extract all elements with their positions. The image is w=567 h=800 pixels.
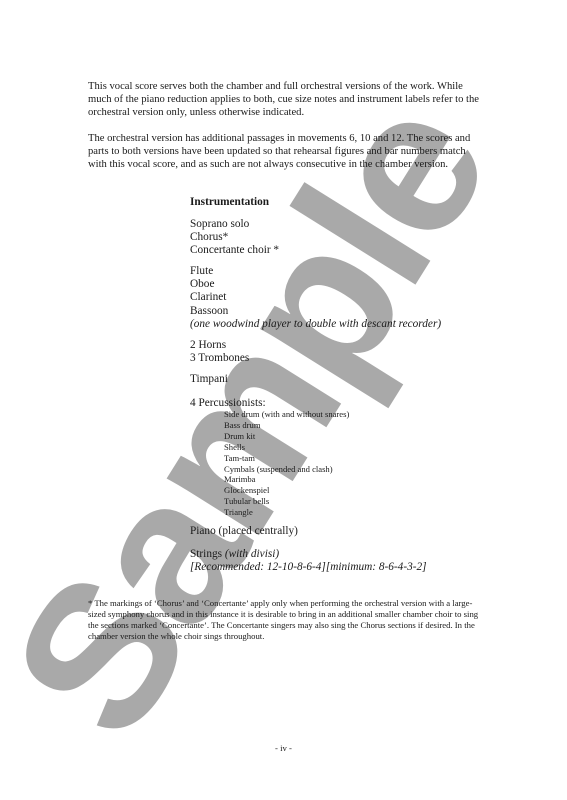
percussion-item: Cymbals (suspended and clash) — [224, 464, 349, 475]
percussion-item: Drum kit — [224, 431, 349, 442]
voice-item: Soprano solo — [190, 218, 510, 231]
piano-item: Piano (placed centrally) — [190, 525, 510, 538]
page-number: - iv - — [0, 743, 567, 753]
woodwind-item: Bassoon — [190, 305, 510, 318]
page-content: This vocal score serves both the chamber… — [0, 0, 567, 800]
footnote: * The markings of ‘Chorus’ and ‘Concerta… — [88, 598, 488, 642]
percussion-item: Bass drum — [224, 420, 349, 431]
percussion-item: Tam-tam — [224, 453, 349, 464]
document-page: Sample This vocal score serves both the … — [0, 0, 567, 800]
strings-block: Strings (with divisi) [Recommended: 12-1… — [190, 548, 510, 574]
voices-list: Soprano solo Chorus* Concertante choir * — [190, 218, 510, 258]
strings-recommendation: [Recommended: 12-10-8-6-4][minimum: 8-6-… — [190, 561, 510, 574]
timpani-item: Timpani — [190, 373, 510, 386]
strings-line: Strings (with divisi) — [190, 548, 510, 561]
percussion-item: Tubular bells — [224, 496, 349, 507]
strings-label: Strings — [190, 548, 225, 560]
woodwind-item: Clarinet — [190, 291, 510, 304]
woodwind-item: Flute — [190, 265, 510, 278]
brass-item: 3 Trombones — [190, 352, 510, 365]
percussion-item: Triangle — [224, 507, 349, 518]
strings-note: (with divisi) — [225, 548, 279, 560]
timpani-line: Timpani — [190, 373, 510, 386]
percussion-item: Marimba — [224, 474, 349, 485]
percussion-item: Side drum (with and without snares) — [224, 409, 349, 420]
intro-paragraph-1: This vocal score serves both the chamber… — [88, 80, 483, 120]
percussion-list: Side drum (with and without snares) Bass… — [224, 409, 349, 518]
woodwind-note: (one woodwind player to double with desc… — [190, 318, 510, 331]
piano-line: Piano (placed centrally) — [190, 525, 510, 538]
instrumentation-heading: Instrumentation — [190, 196, 269, 208]
percussion-item: Glockenspiel — [224, 485, 349, 496]
voice-item: Concertante choir * — [190, 244, 510, 257]
brass-list: 2 Horns 3 Trombones — [190, 339, 510, 365]
brass-item: 2 Horns — [190, 339, 510, 352]
woodwinds-list: Flute Oboe Clarinet Bassoon (one woodwin… — [190, 265, 510, 331]
intro-paragraph-2: The orchestral version has additional pa… — [88, 132, 483, 172]
woodwind-item: Oboe — [190, 278, 510, 291]
voice-item: Chorus* — [190, 231, 510, 244]
percussion-item: Shells — [224, 442, 349, 453]
